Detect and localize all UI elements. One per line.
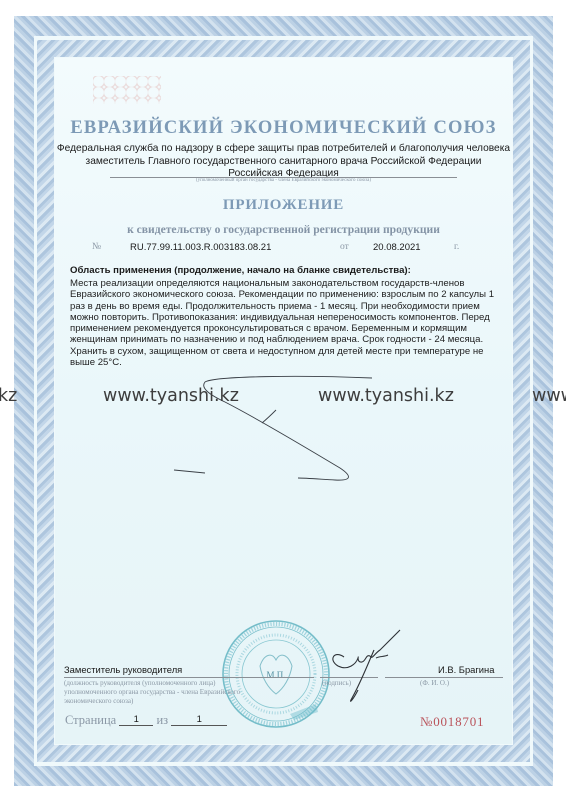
- page-label: Страница: [65, 713, 116, 727]
- name-caption: (Ф. И. О.): [420, 679, 449, 688]
- serial-number: №0018701: [420, 714, 484, 730]
- signatory-name: И.В. Брагина: [438, 664, 494, 675]
- handwritten-signature: [0, 0, 566, 800]
- of-label: из: [156, 713, 168, 727]
- pagination: Страница 1 из 1: [65, 713, 227, 728]
- name-underline: [385, 677, 503, 678]
- page-number: 1: [119, 714, 153, 726]
- page-total: 1: [171, 714, 227, 726]
